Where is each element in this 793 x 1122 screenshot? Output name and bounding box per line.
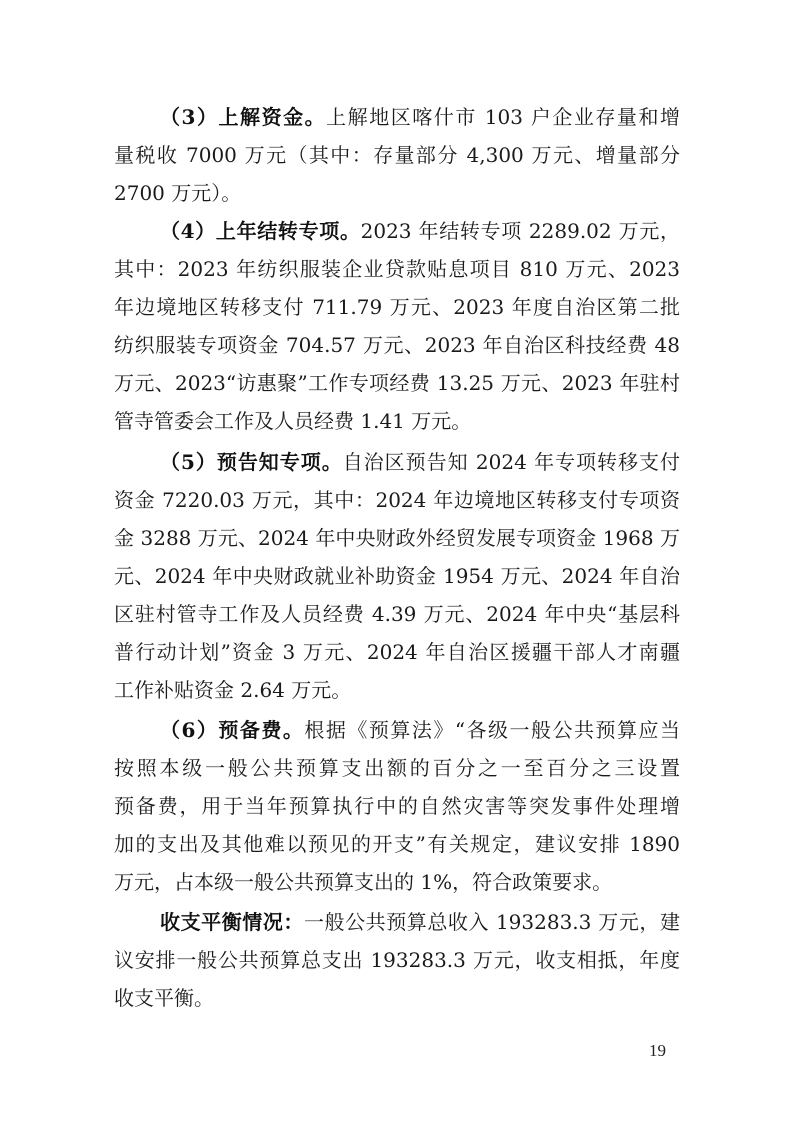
paragraph-line: （6）预备费。根据《预算法》“各级一般公共预算应当 — [160, 711, 680, 749]
section-heading: （3）上解资金。 — [160, 105, 326, 129]
document-page: （3）上解资金。上解地区喀什市 103 户企业存量和增 量税收 7000 万元（… — [0, 0, 793, 1122]
paragraph-text: 一般公共预算总收入 193283.3 万元，建 — [304, 910, 680, 934]
paragraph-line: 其中：2023 年纺织服装企业贷款贴息项目 810 万元、2023 — [114, 250, 680, 288]
paragraph-line: 万元、2023“访惠聚”工作专项经费 13.25 万元、2023 年驻村 — [114, 364, 680, 402]
paragraph-line: 按照本级一般公共预算支出额的百分之一至百分之三设置 — [114, 749, 680, 787]
paragraph-line: 区驻村管寺工作及人员经费 4.39 万元、2024 年中央“基层科 — [114, 595, 680, 633]
paragraph-text: 根据《预算法》“各级一般公共预算应当 — [304, 718, 680, 742]
paragraph-line: 普行动计划”资金 3 万元、2024 年自治区援疆干部人才南疆 — [114, 633, 680, 671]
paragraph-line: （4）上年结转专项。2023 年结转专项 2289.02 万元， — [160, 212, 680, 250]
paragraph-text: 自治区预告知 2024 年专项转移支付 — [343, 450, 680, 474]
paragraph-line: 加的支出及其他难以预见的开支”有关规定，建议安排 1890 — [114, 825, 680, 863]
paragraph-line: 工作补贴资金 2.64 万元。 — [114, 671, 680, 709]
paragraph-text: 2023 年结转专项 2289.02 万元， — [361, 219, 680, 243]
paragraph-line: 预备费，用于当年预算执行中的自然灾害等突发事件处理增 — [114, 787, 680, 825]
section-heading: 收支平衡情况： — [160, 910, 304, 934]
paragraph-line: 资金 7220.03 万元，其中：2024 年边境地区转移支付专项资 — [114, 481, 680, 519]
paragraph-text: 上解地区喀什市 103 户企业存量和增 — [326, 105, 680, 129]
paragraph-line: 纺织服装专项资金 704.57 万元、2023 年自治区科技经费 48 — [114, 326, 680, 364]
paragraph-line: 议安排一般公共预算总支出 193283.3 万元，收支相抵，年度 — [114, 941, 680, 979]
section-heading: （6）预备费。 — [160, 718, 304, 742]
section-heading: （4）上年结转专项。 — [160, 219, 361, 243]
paragraph-line: 管寺管委会工作及人员经费 1.41 万元。 — [114, 402, 680, 440]
paragraph-line: 万元，占本级一般公共预算支出的 1%，符合政策要求。 — [114, 863, 680, 901]
paragraph-line: 收支平衡情况：一般公共预算总收入 193283.3 万元，建 — [160, 903, 680, 941]
page-number: 19 — [649, 1041, 666, 1061]
paragraph-line: 收支平衡。 — [114, 979, 680, 1017]
paragraph-line: 2700 万元）。 — [114, 174, 680, 212]
paragraph-line: （5）预告知专项。自治区预告知 2024 年专项转移支付 — [160, 443, 680, 481]
paragraph-line: 元、2024 年中央财政就业补助资金 1954 万元、2024 年自治 — [114, 557, 680, 595]
paragraph-line: （3）上解资金。上解地区喀什市 103 户企业存量和增 — [160, 98, 680, 136]
paragraph-line: 量税收 7000 万元（其中：存量部分 4,300 万元、增量部分 — [114, 136, 680, 174]
section-heading: （5）预告知专项。 — [160, 450, 343, 474]
paragraph-line: 年边境地区转移支付 711.79 万元、2023 年度自治区第二批 — [114, 288, 680, 326]
paragraph-line: 金 3288 万元、2024 年中央财政外经贸发展专项资金 1968 万 — [114, 519, 680, 557]
